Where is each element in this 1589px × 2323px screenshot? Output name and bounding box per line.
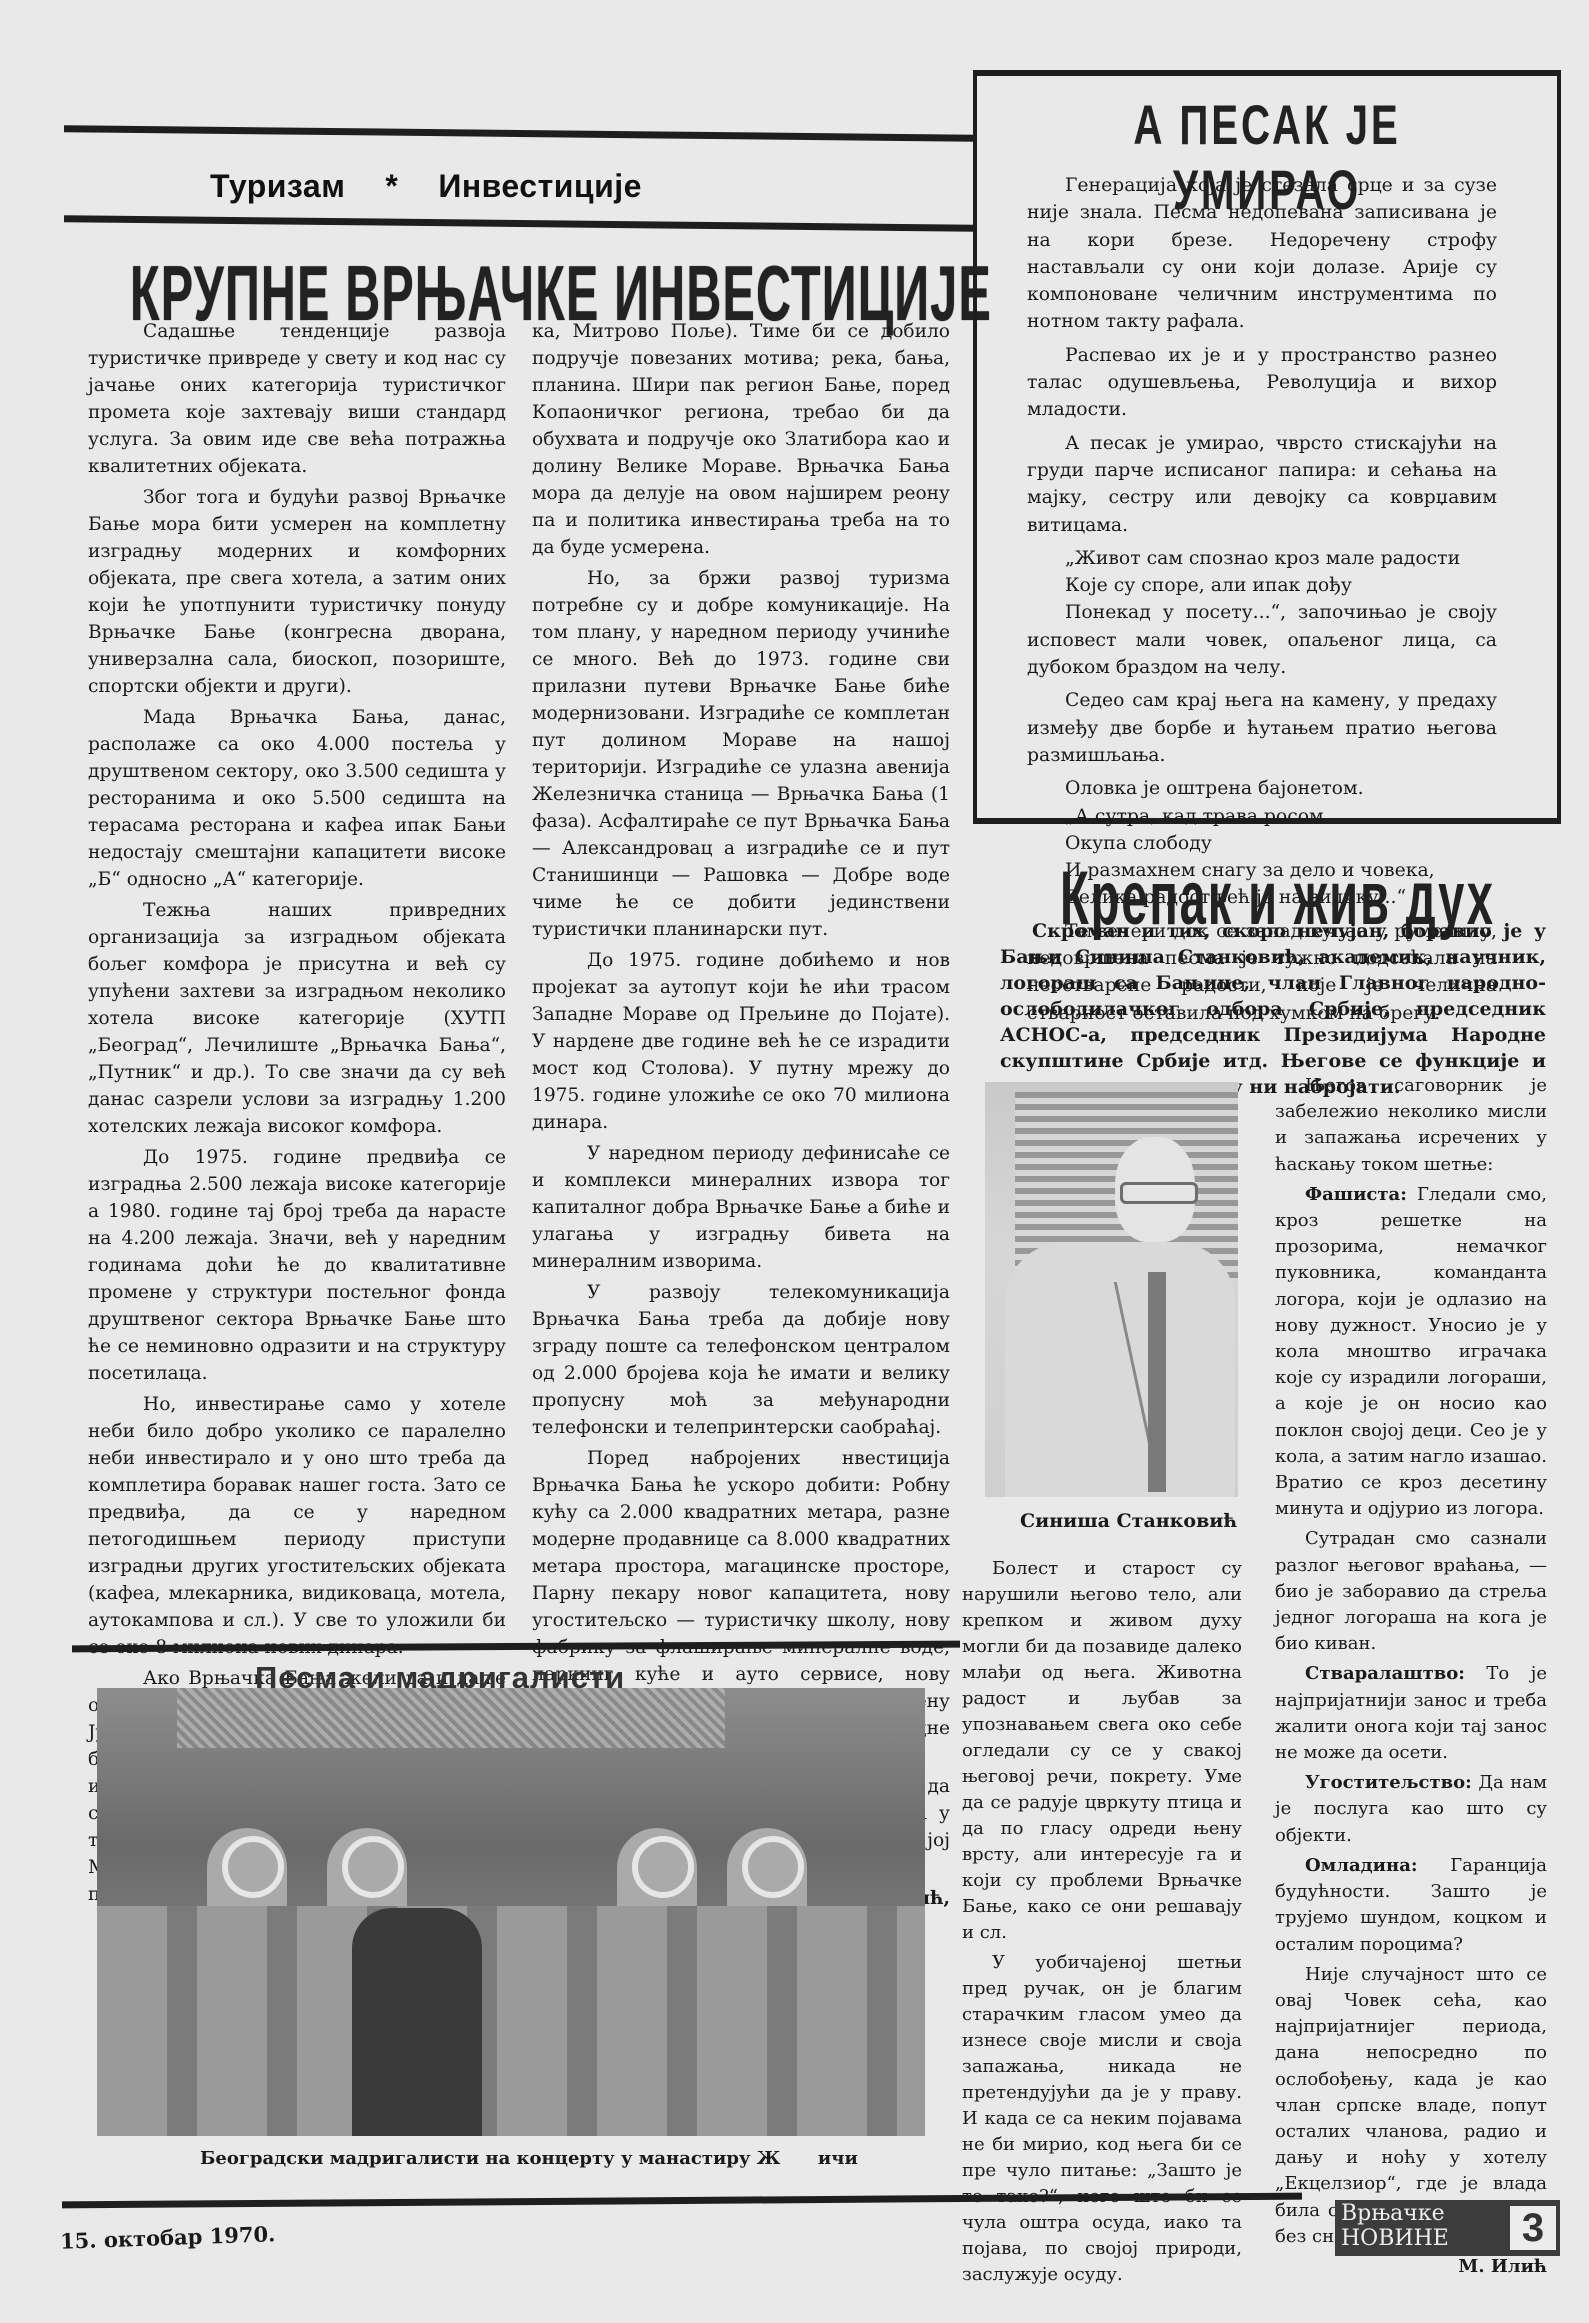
profile-author: М. Илић (1275, 2254, 1547, 2280)
verse-line: Оловка је оштрена бајонетом. (1027, 775, 1497, 802)
section-tag-right: Инвестиције (438, 168, 642, 204)
paragraph: Мада Врњачка Бања, данас, располаже са о… (88, 704, 506, 893)
paragraph: Но, инвестирање само у хотеле неби било … (88, 1391, 506, 1661)
masthead-line-2: НОВИНЕ (1341, 2227, 1449, 2251)
choir-photo (97, 1688, 925, 2136)
verse-line: Које су споре, али ипак дођу (1027, 572, 1497, 599)
quote-paragraph: Омладина: Гаранција будућности. Зашто је… (1275, 1853, 1547, 1958)
paragraph: Седео сам крај њега на камену, у предаху… (1027, 687, 1497, 769)
verse-line: „А сутра, кад трава росом (1027, 803, 1497, 830)
boxed-article: А ПЕСАК ЈЕ УМИРАО Генерација која је сте… (973, 70, 1561, 824)
section-tag-separator: * (385, 168, 398, 204)
paragraph: У наредном периоду дефинисаће се и компл… (532, 1140, 950, 1275)
quote-paragraph: Сутрадан смо сазнали разлог његовог враћ… (1275, 1526, 1547, 1657)
paragraph: Генерација која је стезала срце и за суз… (1027, 172, 1497, 336)
choir-singers (97, 1906, 925, 2136)
paragraph: До 1975. године добићемо и нов пројекат … (532, 947, 950, 1136)
quote-label: Фашиста: (1305, 1184, 1407, 1205)
masthead: Врњачке НОВИНЕ 3 (1505, 2200, 1560, 2256)
issue-date: 15. октобар 1970. (60, 2221, 276, 2254)
photo-caption: Београдски мадригалисти на концерту у ма… (200, 2148, 858, 2169)
portrait-caption: Синиша Станковић (1020, 1510, 1237, 1532)
paragraph: Његов саговорник је забележио неколико м… (1275, 1073, 1547, 1178)
quote-paragraph: Стваралаштво: То је најпријатнији занос … (1275, 1661, 1547, 1766)
paragraph: Тежња наших привредних организација за и… (88, 897, 506, 1140)
section-tag: Туризам*Инвестиције (210, 168, 642, 205)
section-tag-left: Туризам (210, 168, 345, 204)
portrait-photo (985, 1082, 1238, 1497)
paragraph: ка, Митрово Поље). Тиме би се добило под… (532, 318, 950, 561)
photo-ceiling (177, 1688, 725, 1748)
paragraph: Болест и старост су нарушили његово тело… (962, 1556, 1242, 1946)
paragraph: У развоју телекомуникација Врњачка Бања … (532, 1279, 950, 1441)
portrait-glasses (1120, 1182, 1198, 1204)
section-rule-bottom (64, 215, 976, 232)
conductor-figure (352, 1908, 482, 2136)
masthead-line-1: Врњачке (1341, 2202, 1445, 2226)
paragraph: А песак је умирао, чврсто стискајући на … (1027, 430, 1497, 539)
quote-label: Стваралаштво: (1305, 1663, 1465, 1684)
quote-text: Гледали смо, кроз решетке на прозорима, … (1275, 1184, 1547, 1519)
paragraph: Због тога и будући развој Врњачке Бање м… (88, 484, 506, 700)
page-number: 3 (1510, 2206, 1556, 2250)
verse-line: „Живот сам спознао кроз мале радости (1027, 545, 1497, 572)
quote-paragraph: Фашиста: Гледали смо, кроз решетке на пр… (1275, 1182, 1547, 1523)
profile-right-column: Његов саговорник је забележио неколико м… (1275, 1073, 1547, 2280)
paragraph: Распевао их је и у пространство разнео т… (1027, 342, 1497, 424)
profile-left-column: Болест и старост су нарушили његово тело… (962, 1556, 1242, 2292)
verse-line: Окупа слободу (1027, 830, 1497, 857)
paragraph: У уобичајеној шетњи пред ручак, он је бл… (962, 1950, 1242, 2288)
quote-paragraph: Угоститељство: Да нам је послуга као што… (1275, 1770, 1547, 1849)
paragraph: Понекад у посету...“, започињао је своју… (1027, 599, 1497, 681)
quote-text: Сутрадан смо сазнали разлог његовог враћ… (1275, 1528, 1547, 1654)
paragraph: До 1975. године предвиђа се изградња 2.5… (88, 1144, 506, 1387)
portrait-tie (1148, 1272, 1166, 1492)
paragraph: Садашње тенденције развоја туристичке пр… (88, 318, 506, 480)
quote-label: Омладина: (1305, 1855, 1418, 1876)
masthead-box: Врњачке НОВИНЕ 3 (1335, 2200, 1560, 2256)
paragraph: Но, за бржи развој туризма потребне су и… (532, 565, 950, 943)
quote-label: Угоститељство: (1305, 1772, 1472, 1793)
section-rule-top (64, 125, 976, 142)
